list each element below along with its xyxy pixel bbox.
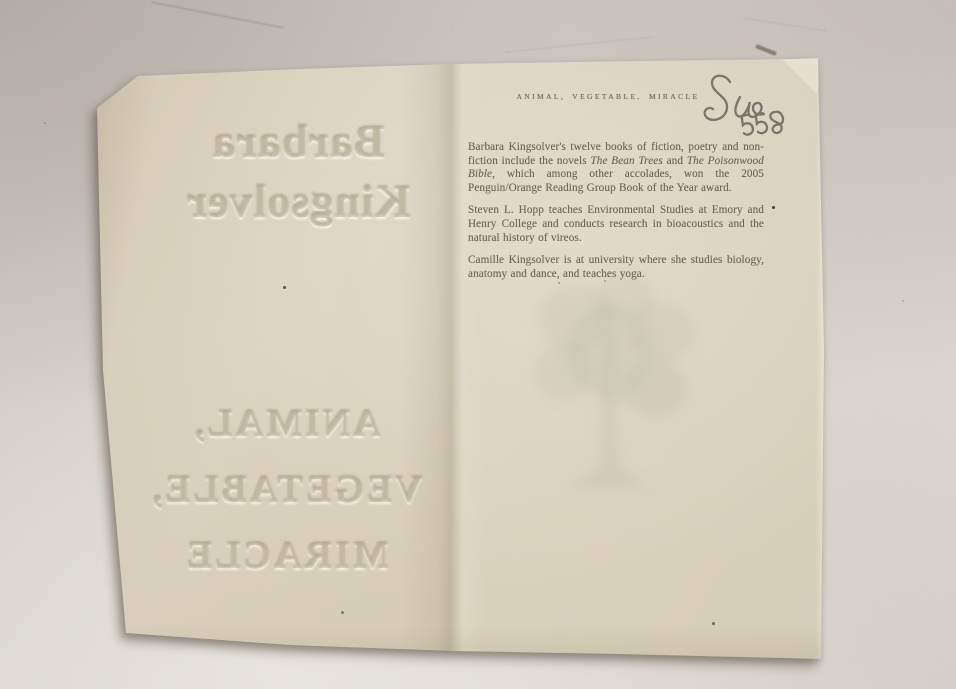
page-speck: [558, 282, 560, 284]
tree-ghost-illustration: [505, 262, 715, 517]
embossed-author-line: Kingsolver: [113, 172, 483, 232]
embossed-author-line: Barbara: [113, 112, 483, 172]
dust-speck: [902, 300, 904, 302]
book-pages: Barbara Kingsolver ANIMAL, VEGETABLE, MI…: [88, 50, 838, 668]
embossed-author-name: Barbara Kingsolver: [113, 112, 483, 232]
embossed-title-line: ANIMAL,: [101, 391, 471, 457]
photo-of-open-book: { "right_page": { "running_header": "ANI…: [0, 0, 956, 689]
page-speck: [341, 611, 344, 614]
page-speck: [604, 280, 606, 282]
bio-paragraph: Camille Kingsolver is at university wher…: [468, 254, 764, 281]
handwritten-name-sue: [705, 76, 764, 120]
bio-paragraphs: Barbara Kingsolver's twelve books of fic…: [468, 141, 764, 281]
embossed-title-line: MIRACLE: [101, 523, 471, 589]
embossed-book-title: ANIMAL, VEGETABLE, MIRACLE: [101, 391, 471, 589]
page-speck: [772, 206, 775, 209]
embossed-title-line: VEGETABLE,: [101, 457, 471, 523]
page-speck: [712, 622, 715, 625]
dust-speck: [44, 122, 46, 124]
folded-corner-crease: [93, 69, 138, 104]
open-book: Barbara Kingsolver ANIMAL, VEGETABLE, MI…: [88, 50, 838, 668]
bio-paragraph: Steven L. Hopp teaches Environmental Stu…: [468, 204, 764, 245]
page-speck: [283, 286, 286, 289]
handwritten-note: [696, 70, 816, 155]
